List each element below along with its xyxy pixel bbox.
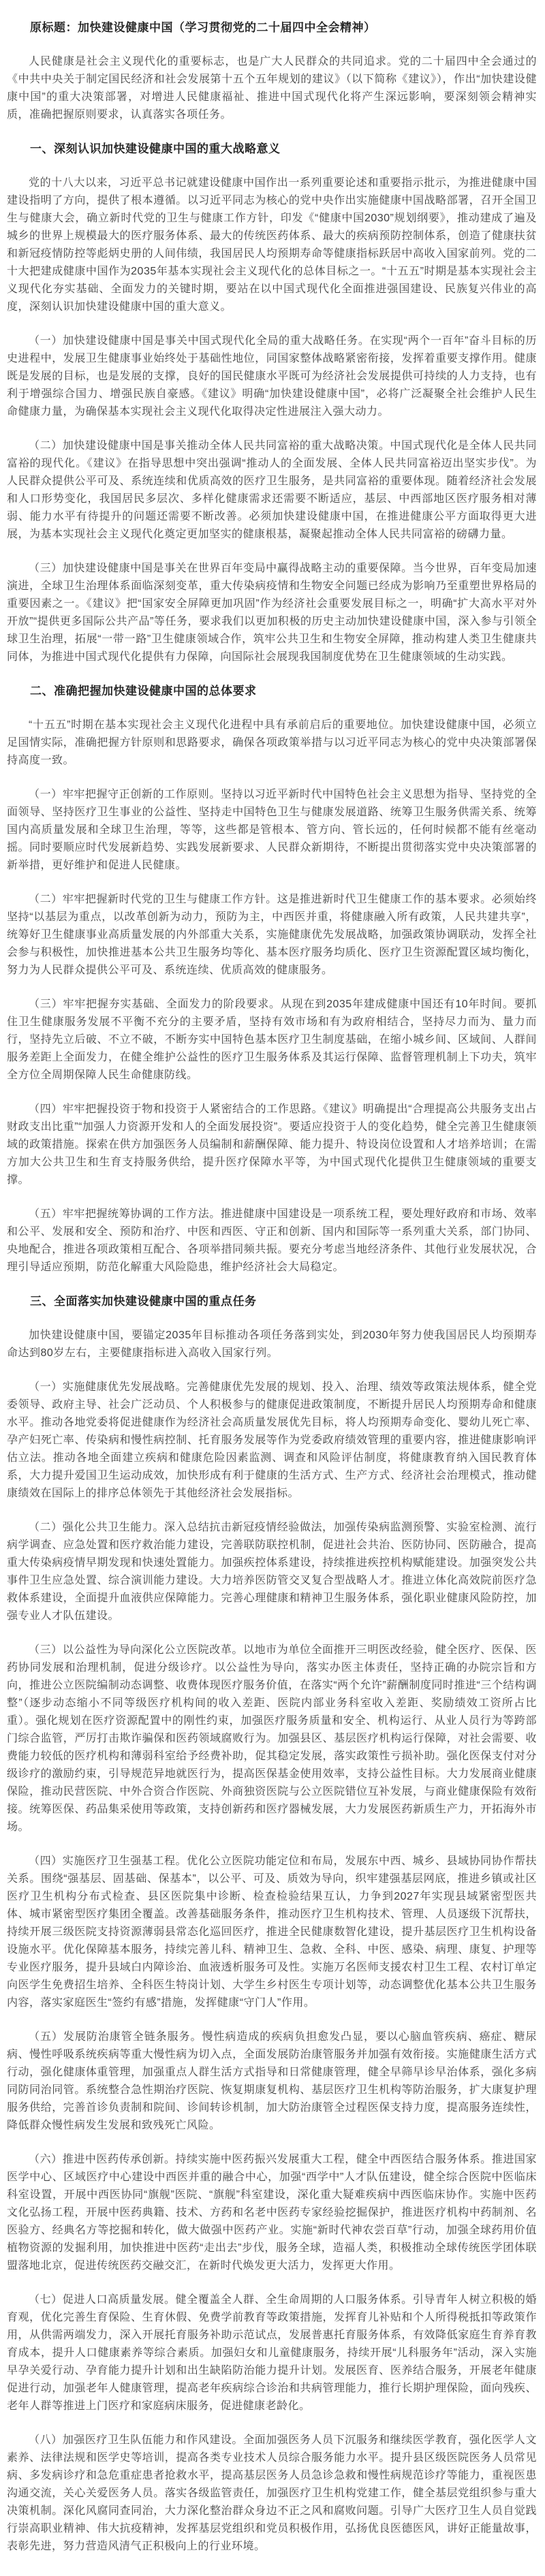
body-paragraph: （一）实施健康优先发展战略。完善健康优先发展的规划、投入、治理、绩效等政策法规体… <box>7 1379 537 1503</box>
body-paragraph: （一）加快建设健康中国是事关中国式现代化全局的重大战略任务。在实现“两个一百年”… <box>7 332 537 421</box>
body-paragraph: 党的十八大以来，习近平总书记就建设健康中国作出一系列重要论述和重要指示批示，为推… <box>7 174 537 316</box>
body-paragraph: （四）实施医疗卫生强基工程。优化公立医院功能定位和布局，发展东中西、城乡、县域协… <box>7 1853 537 2012</box>
body-paragraph: （二）加快建设健康中国是事关推动全体人民共同富裕的重大战略决策。中国式现代化是全… <box>7 437 537 544</box>
body-paragraph: （三）牢牢把握夯实基础、全面发力的阶段要求。从现在到2035年建成健康中国还有1… <box>7 996 537 1084</box>
body-paragraph: “十五五”时期在基本实现社会主义现代化进程中具有承前启后的重要地位。加快建设健康… <box>7 717 537 770</box>
body-paragraph: 人民健康是社会主义现代化的重要标志，也是广大人民群众的共同追求。党的二十届四中全… <box>7 53 537 124</box>
body-paragraph: （五）发展防治康管全链条服务。慢性病造成的疾病负担愈发凸显，要以心脑血管疾病、癌… <box>7 2028 537 2135</box>
body-paragraph: （四）牢牢把握投资于物和投资于人紧密结合的工作思路。《建议》明确提出“合理提高公… <box>7 1101 537 1189</box>
doc-title: 原标题：加快建设健康中国（学习贯彻党的二十届四中全会精神） <box>7 19 537 37</box>
body-paragraph: （二）牢牢把握新时代党的卫生与健康工作方针。这是推进新时代卫生健康工作的基本要求… <box>7 891 537 979</box>
body-paragraph: （七）促进人口高质量发展。健全覆盖全人群、全生命周期的人口服务体系。引导青年人树… <box>7 2291 537 2415</box>
article: 原标题：加快建设健康中国（学习贯彻党的二十届四中全会精神）人民健康是社会主义现代… <box>0 0 545 2576</box>
body-paragraph: （三）以公益性为导向深化公立医院改革。以地市为单位全面推开三明医改经验，健全医疗… <box>7 1642 537 1836</box>
body-paragraph: （三）加快建设健康中国是事关在世界百年变局中赢得战略主动的重要保障。当今世界，百… <box>7 560 537 666</box>
body-paragraph: 加快建设健康中国，要锚定2035年目标推动各项任务落到实处，到2030年努力使我… <box>7 1327 537 1362</box>
body-paragraph: （八）加强医疗卫生队伍能力和作风建设。全面加强医务人员下沉服务和继续医学教育，强… <box>7 2432 537 2556</box>
section-heading: 二、准确把握加快建设健康中国的总体要求 <box>7 682 537 700</box>
body-paragraph: （六）推进中医药传承创新。持续实施中医药振兴发展重大工程，健全中西医结合服务体系… <box>7 2151 537 2275</box>
body-paragraph: （二）强化公共卫生能力。深入总结抗击新冠疫情经验做法，加强传染病监测预警、实验室… <box>7 1519 537 1625</box>
section-heading: 一、深刻认识加快建设健康中国的重大战略意义 <box>7 140 537 158</box>
body-paragraph: （一）牢牢把握守正创新的工作原则。坚持以习近平新时代中国特色社会主义思想为指导、… <box>7 786 537 875</box>
section-heading: 三、全面落实加快建设健康中国的重点任务 <box>7 1293 537 1310</box>
body-paragraph: （五）牢牢把握统筹协调的工作方法。推进健康中国建设是一项系统工程，要处理好政府和… <box>7 1206 537 1276</box>
